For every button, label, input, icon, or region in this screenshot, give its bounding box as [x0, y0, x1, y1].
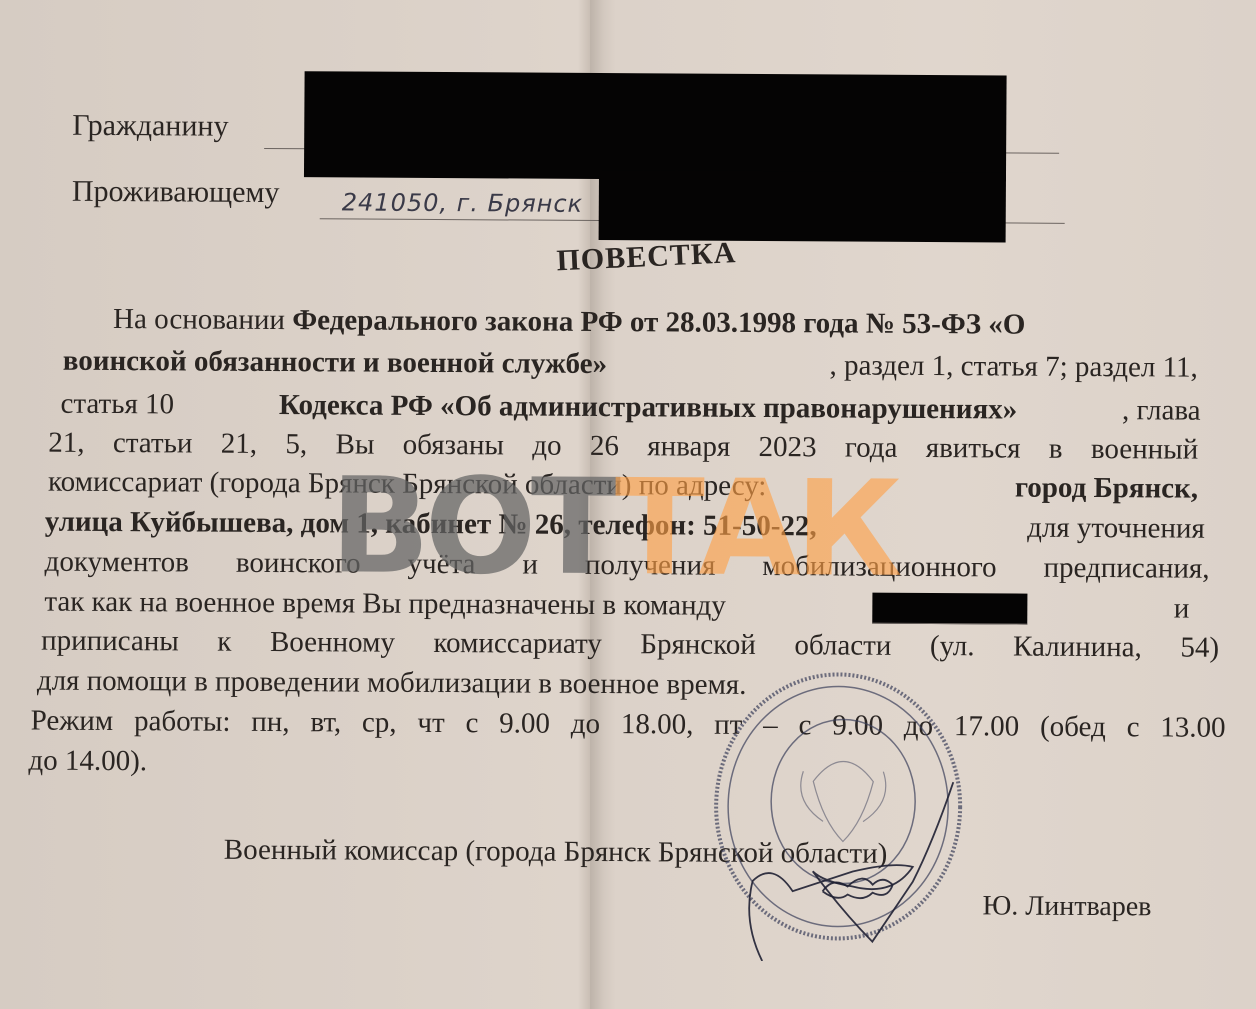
body-word: к	[217, 628, 231, 657]
body-word: и	[522, 551, 538, 580]
body-word: документов	[45, 548, 189, 578]
body-word: получения	[585, 551, 716, 581]
body-word: января	[647, 432, 730, 462]
body-word: области	[794, 631, 891, 661]
body-word: Режим	[31, 707, 114, 737]
body-line: улица Куйбышева, дом 1, кабинет № 26, те…	[45, 508, 1205, 544]
body-line: документоввоинскогоучётаиполучениямобили…	[45, 548, 1210, 584]
body-word: воинского	[236, 549, 361, 579]
body-word: 9.00	[499, 709, 550, 738]
body-word: с	[465, 709, 478, 738]
body-word: Вы	[335, 430, 374, 459]
redaction-citizen-name	[304, 71, 1007, 181]
body-word: 21,	[221, 430, 257, 459]
citizen-label: Гражданину	[72, 109, 228, 144]
signatory-name: Ю. Линтварев	[982, 890, 1151, 923]
body-word: года	[845, 433, 898, 462]
body-text-segment: воинской обязанности и военной службе»	[63, 347, 607, 379]
body-line: воинской обязанности и военной службе», …	[63, 347, 1198, 383]
body-word: (обед	[1040, 713, 1106, 742]
body-word: работы:	[134, 707, 231, 737]
body-text-segment: для помощи в проведении мобилизации в во…	[37, 665, 747, 701]
body-word: 18.00,	[621, 710, 694, 739]
body-word: 54)	[1180, 634, 1219, 663]
body-text-segment: комиссариат (города Брянск Брянской обла…	[48, 468, 767, 501]
body-word: статьи	[113, 429, 193, 458]
body-text-segment: до 14.00).	[28, 745, 147, 778]
body-text-segment: Федерального закона РФ от 28.03.1998 год…	[292, 304, 1025, 340]
body-text-segment: , раздел 1, статья 7; раздел 11,	[829, 351, 1197, 382]
body-text-segment: так как на военное время Вы предназначен…	[44, 588, 726, 623]
body-line: приписаныкВоенномукомиссариатуБрянскойоб…	[41, 627, 1219, 663]
body-word: мобилизационного	[762, 552, 996, 582]
body-word: военный	[1091, 435, 1198, 465]
summons-document: Гражданину Проживающему 241050, г. Брянс…	[0, 0, 1256, 1009]
body-word: пн,	[251, 708, 289, 737]
body-word: Брянской	[640, 630, 756, 660]
body-word: предписания,	[1043, 554, 1209, 584]
body-word: до	[532, 432, 561, 461]
body-word: приписаны	[41, 627, 179, 657]
body-word: 21,	[48, 429, 84, 458]
document-title: ПОВЕСТКА	[556, 236, 737, 278]
body-word: до	[571, 710, 600, 739]
body-word: 2023	[759, 433, 817, 462]
residence-label: Проживающему	[72, 175, 280, 210]
body-word: 5,	[285, 430, 307, 459]
body-word: обязаны	[403, 431, 504, 461]
body-word: (ул.	[930, 632, 975, 661]
body-word: с	[1127, 713, 1140, 742]
body-line: до 14.00).	[28, 747, 328, 778]
body-text-segment: для уточнения	[1027, 514, 1205, 544]
body-text-segment: , глава	[1122, 396, 1201, 425]
body-line: статья 10 Кодекса РФ «Об административны…	[60, 390, 1200, 426]
body-text-segment: На основании	[113, 303, 292, 336]
body-word: Военному	[270, 628, 395, 658]
body-line: Режимработы:пн,вт,ср,чтс9.00до18.00,пт–с…	[31, 707, 1226, 743]
body-word: вт,	[310, 708, 341, 737]
body-line: так как на военное время Вы предназначен…	[44, 588, 1189, 626]
body-word: 13.00	[1160, 713, 1225, 742]
body-word: в	[1049, 435, 1063, 464]
body-text-segment: Кодекса РФ «Об административных правонар…	[279, 391, 1017, 425]
body-word: ср,	[362, 709, 397, 738]
residence-handwritten: 241050, г. Брянск	[342, 188, 583, 217]
body-word: учёта	[407, 550, 475, 579]
body-text-segment: улица Куйбышева, дом 1, кабинет № 26, те…	[45, 508, 817, 542]
redaction-team-number	[872, 593, 1027, 625]
body-line: комиссариат (города Брянск Брянской обла…	[48, 468, 1198, 504]
body-word: комиссариату	[433, 629, 602, 659]
body-line: 21,статьи21,5,Выобязаныдо26января2023год…	[48, 429, 1198, 465]
body-word: 26	[590, 432, 619, 461]
body-word: чт	[417, 709, 444, 738]
body-line: На основании Федерального закона РФ от 2…	[113, 305, 1198, 341]
body-text-segment: и	[1174, 595, 1190, 626]
body-word: Калинина,	[1013, 633, 1142, 663]
body-text-segment: статья 10	[60, 390, 174, 420]
redaction-address	[599, 170, 1006, 242]
official-stamp-icon	[702, 661, 974, 963]
body-word: явиться	[926, 434, 1021, 464]
body-text-segment: город Брянск,	[1015, 474, 1198, 504]
